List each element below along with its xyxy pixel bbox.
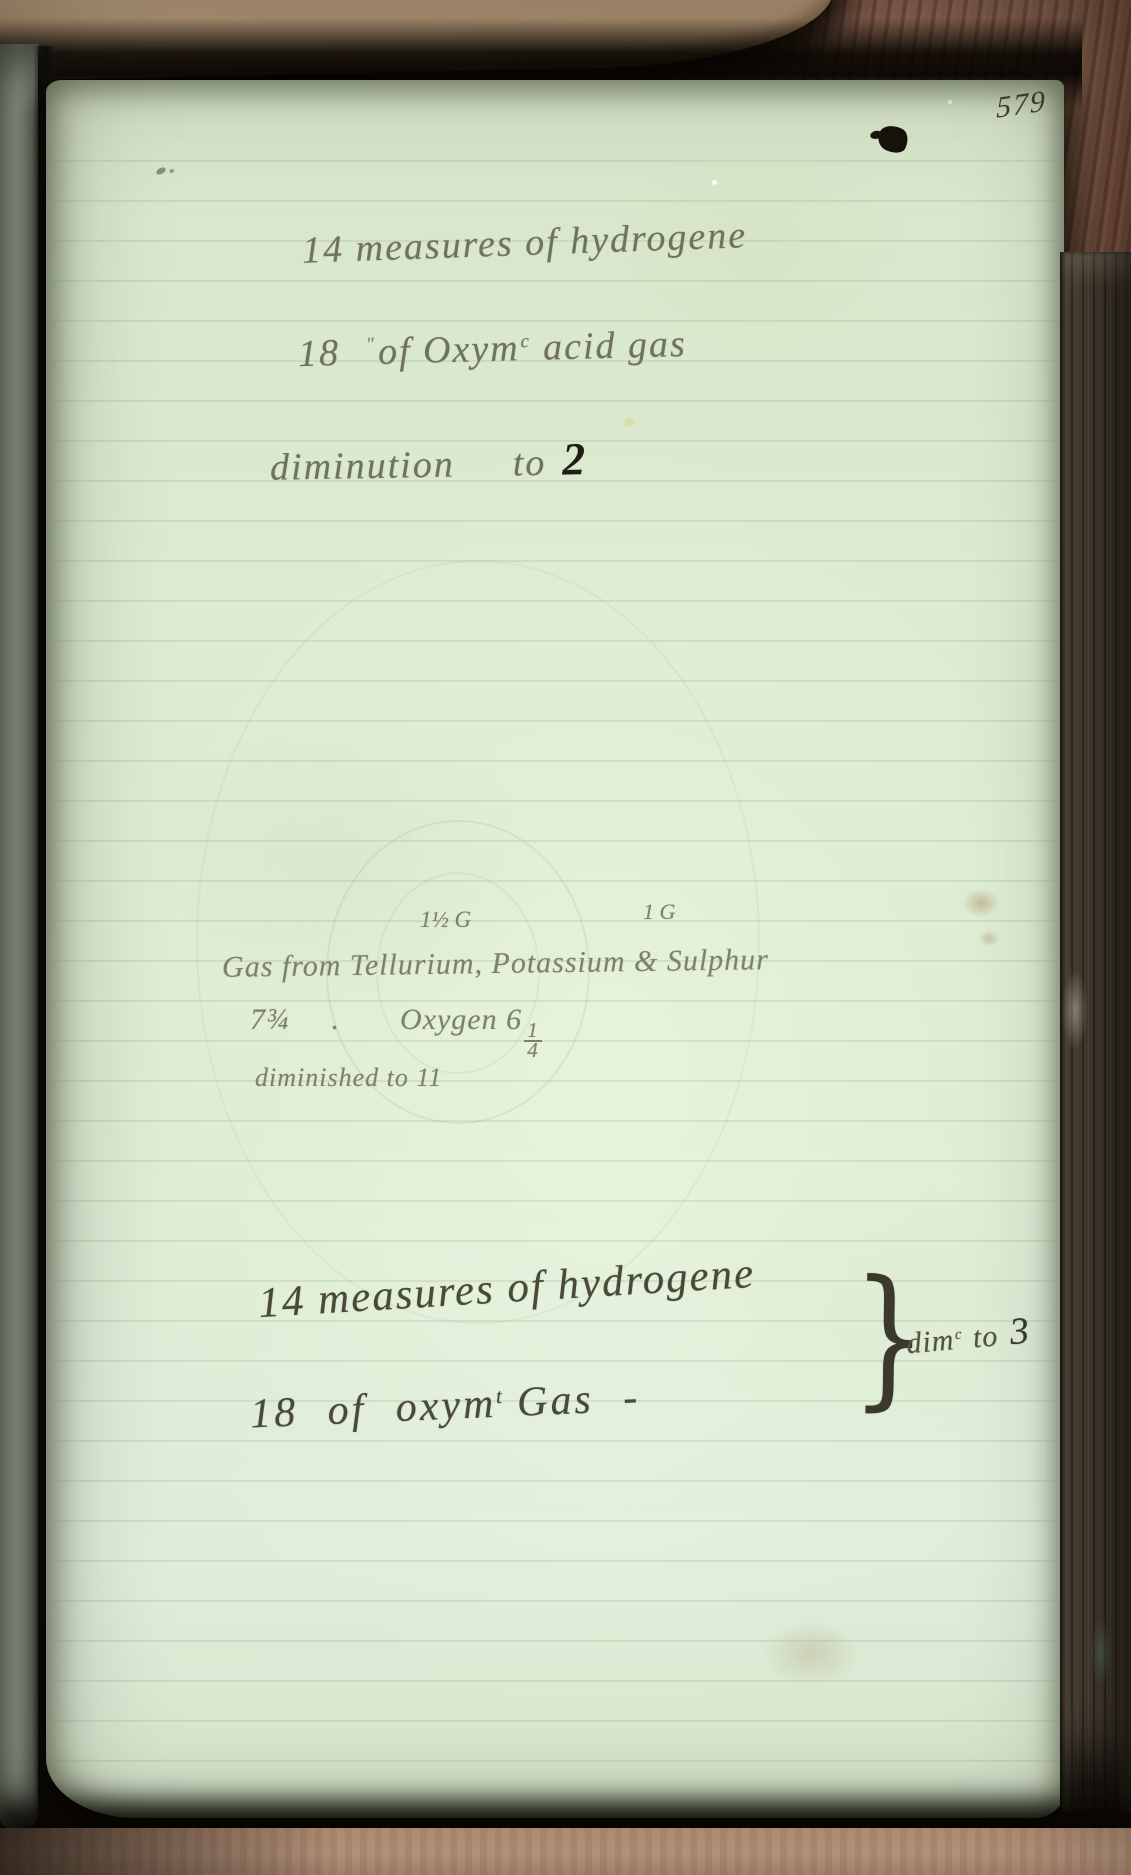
diminished-result: dimcto3 — [904, 1309, 1031, 1364]
gap — [455, 476, 513, 477]
gap — [999, 1344, 1011, 1345]
lower-line-2-text: 18 of oxym — [249, 1381, 497, 1438]
gap — [340, 364, 366, 365]
upper-line-3: diminutionto2 — [270, 432, 588, 491]
dust-speck — [948, 100, 952, 104]
notebook-photo: 579 14 measures of hydrogene 18ʺof Oxymc… — [0, 0, 1131, 1875]
ditto-mark: ʺ — [366, 334, 377, 355]
oxygen-label: Oxygen 6 — [400, 1003, 522, 1036]
annotation-tellurium: 1½ G — [420, 907, 471, 933]
middle-line-1: Gas from Tellurium, Potassium & Sulphur — [222, 943, 769, 985]
stain — [761, 1620, 861, 1686]
table-wood-bottom — [0, 1828, 1131, 1875]
bottom-shadow — [0, 1828, 339, 1875]
upper-line-1: 14 measures of hydrogene — [301, 213, 747, 273]
result-text: dim — [905, 1323, 956, 1360]
result-to: to — [971, 1319, 999, 1354]
page-number: 579 — [996, 84, 1047, 125]
gap — [964, 1348, 974, 1349]
upper-line-2: 18ʺof Oxymcacid gas — [297, 322, 687, 376]
upper-line-2-qty: 18 — [298, 332, 341, 375]
result-superscript: c — [954, 1326, 963, 1343]
result-value: 3 — [1008, 1310, 1032, 1354]
middle-note-block: 1½ G 1 G Gas from Tellurium, Potassium &… — [211, 905, 1011, 1195]
upper-note-block: 14 measures of hydrogene 18ʺof Oxymcacid… — [256, 215, 1036, 595]
lower-line-2-tail: Gas - — [516, 1375, 641, 1426]
upper-line-2-text: of Oxym — [377, 327, 520, 373]
fore-edge-tint — [1090, 1617, 1112, 1687]
lower-line-2-superscript: t — [495, 1384, 505, 1408]
upper-line-2-superscript: c — [520, 331, 531, 352]
lower-note-block: 14 measures of hydrogene 18 of oxymtGas … — [241, 1240, 1064, 1570]
middle-dot: . — [332, 1003, 341, 1036]
annotation-potassium: 1 G — [643, 899, 675, 925]
lower-line-2: 18 of oxymtGas - — [249, 1374, 641, 1439]
oxygen-fraction: 14 — [524, 1022, 542, 1060]
middle-line-2: 7¾.Oxygen 614 — [250, 1003, 542, 1059]
fraction-denominator: 4 — [527, 1042, 539, 1059]
middle-line-3: diminished to 11 — [255, 1063, 442, 1093]
book-fore-edge — [1060, 252, 1131, 1812]
lower-line-1: 14 measures of hydrogene — [257, 1249, 756, 1328]
upper-line-2-tail: acid gas — [543, 323, 688, 369]
fore-edge-highlight — [1062, 970, 1088, 1050]
dust-speck — [712, 180, 717, 185]
diminution-value: 2 — [562, 433, 588, 484]
to-word: to — [512, 442, 546, 485]
middle-qty: 7¾ — [250, 1003, 290, 1036]
diminution-word: diminution — [270, 444, 455, 489]
manuscript-page: 579 14 measures of hydrogene 18ʺof Oxymc… — [46, 80, 1064, 1818]
